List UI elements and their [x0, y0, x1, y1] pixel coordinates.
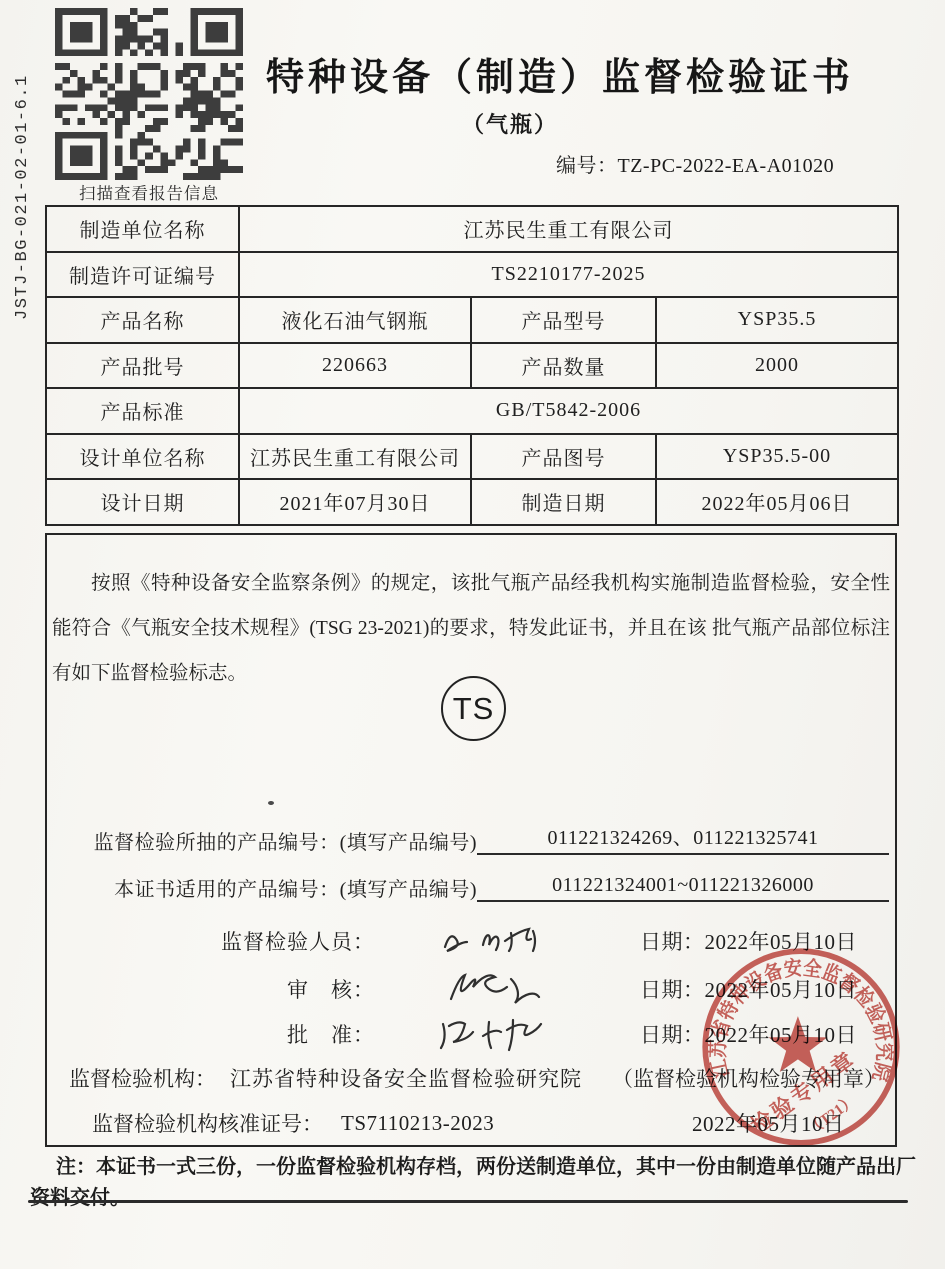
agency-cert-label: 监督检验机构核准证号：	[92, 1108, 323, 1138]
approver-signature	[375, 1014, 610, 1054]
certificate-title: 特种设备（制造）监督检验证书	[246, 46, 874, 101]
field-label: 制造单位名称	[46, 206, 239, 252]
field-label: 产品标准	[46, 388, 239, 434]
agency-cert-value: TS7110213-2023	[341, 1111, 494, 1136]
field-value: GB/T5842-2006	[239, 388, 898, 434]
table-row: 制造许可证编号 TS2210177-2025	[46, 252, 898, 298]
official-seal: 江苏省特种设备安全监督检验研究院 检验专用章 （T21）	[698, 944, 904, 1150]
approver-label: 批 准：	[47, 1019, 375, 1049]
field-value: TS2210177-2025	[239, 252, 898, 298]
archive-code-vertical: JSTJ-BG-021-02-01-6.1	[13, 74, 32, 320]
table-row: 产品标准 GB/T5842-2006	[46, 388, 898, 434]
field-value: 2000	[656, 343, 898, 389]
field-label: 制造日期	[471, 479, 656, 525]
inspector-signature	[375, 921, 610, 961]
certificate-page: JSTJ-BG-021-02-01-6.1 扫描查看报告信息 特种设备（制造）监…	[0, 0, 945, 1269]
agency-name-group: 监督检验机构：江苏省特种设备安全监督检验研究院	[69, 1063, 582, 1093]
applicable-products-value: 011221324001~011221326000	[477, 874, 889, 902]
inspector-label: 监督检验人员：	[47, 926, 375, 956]
field-value: YSP35.5	[656, 297, 898, 343]
field-value: 江苏民生重工有限公司	[239, 206, 898, 252]
field-label: 设计单位名称	[46, 434, 239, 480]
field-label: 产品数量	[471, 343, 656, 389]
bottom-rule	[28, 1200, 908, 1203]
field-label: 产品批号	[46, 343, 239, 389]
certificate-number: 编号：TZ-PC-2022-EA-A01020	[556, 149, 834, 178]
reviewer-signature	[375, 969, 610, 1009]
agency-label: 监督检验机构：	[69, 1067, 216, 1091]
table-row: 产品名称 液化石油气钢瓶 产品型号 YSP35.5	[46, 297, 898, 343]
field-value: 液化石油气钢瓶	[239, 297, 471, 343]
seal-star	[769, 1016, 828, 1072]
table-row: 产品批号 220663 产品数量 2000	[46, 343, 898, 389]
ts-mark: TS	[441, 676, 506, 741]
applicable-products-label: 本证书适用的产品编号：(填写产品编号)	[47, 873, 477, 902]
sampled-products-row: 监督检验所抽的产品编号：(填写产品编号) 011221324269、011221…	[47, 811, 889, 855]
certificate-subtitle: （气瓶）	[246, 108, 774, 139]
field-value: 2021年07月30日	[239, 479, 471, 525]
info-table: 制造单位名称 江苏民生重工有限公司 制造许可证编号 TS2210177-2025…	[45, 205, 899, 526]
field-label: 产品名称	[46, 297, 239, 343]
sampled-products-value: 011221324269、011221325741	[477, 821, 889, 855]
applicable-products-row: 本证书适用的产品编号：(填写产品编号) 011221324001~0112213…	[47, 858, 889, 902]
certificate-number-label: 编号：	[556, 155, 618, 177]
agency-name: 江苏省特种设备安全监督检验研究院	[230, 1067, 582, 1091]
field-value: 江苏民生重工有限公司	[239, 434, 471, 480]
field-value: 220663	[239, 343, 471, 389]
field-value: 2022年05月06日	[656, 479, 898, 525]
field-label: 设计日期	[46, 479, 239, 525]
qr-code	[55, 8, 243, 180]
field-label: 制造许可证编号	[46, 252, 239, 298]
field-value: YSP35.5-00	[656, 434, 898, 480]
sampled-products-label: 监督检验所抽的产品编号：(填写产品编号)	[47, 826, 477, 855]
footer-note: 注：本证书一式三份，一份监督检验机构存档，两份送制造单位，其中一份由制造单位随产…	[30, 1152, 920, 1214]
table-row: 设计日期 2021年07月30日 制造日期 2022年05月06日	[46, 479, 898, 525]
table-row: 制造单位名称 江苏民生重工有限公司	[46, 206, 898, 252]
certificate-number-value: TZ-PC-2022-EA-A01020	[618, 155, 835, 177]
table-row: 设计单位名称 江苏民生重工有限公司 产品图号 YSP35.5-00	[46, 434, 898, 480]
field-label: 产品图号	[471, 434, 656, 480]
reviewer-label: 审 核：	[47, 974, 375, 1004]
field-label: 产品型号	[471, 297, 656, 343]
qr-caption: 扫描查看报告信息	[55, 180, 243, 204]
scan-speck	[268, 801, 274, 805]
